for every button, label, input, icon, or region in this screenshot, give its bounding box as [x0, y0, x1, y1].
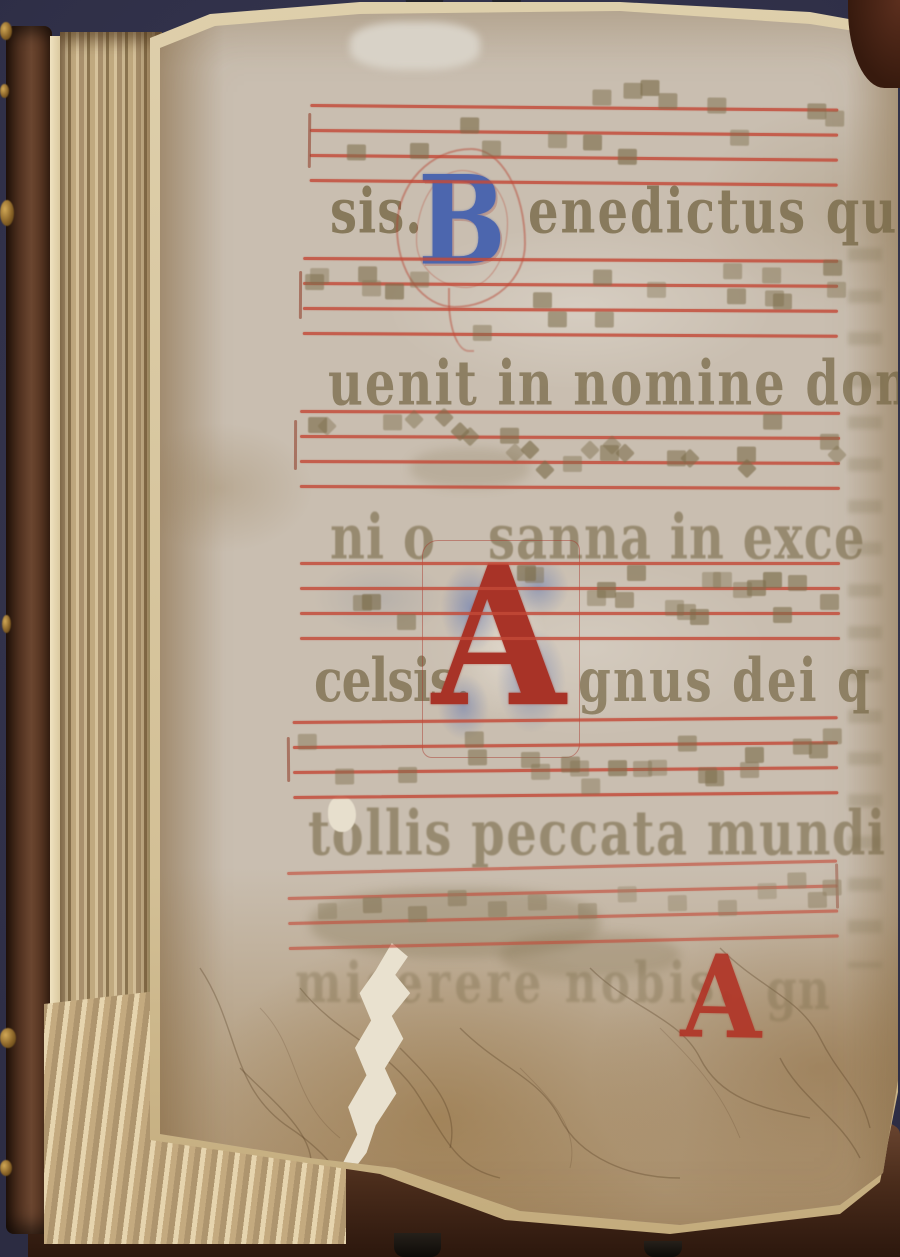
neume — [520, 440, 540, 460]
neume — [335, 768, 354, 784]
red-initial-A: A — [682, 942, 770, 1054]
neume — [482, 141, 501, 157]
staff-line — [303, 257, 838, 262]
neume — [807, 103, 826, 119]
neume — [583, 134, 602, 150]
neume — [397, 614, 416, 630]
staff-end-tick — [308, 113, 311, 168]
chant-line6: miserere nobis. — [295, 951, 738, 1016]
staff-4 — [300, 562, 840, 642]
staff-line — [300, 485, 840, 489]
neume — [809, 742, 828, 758]
neume — [640, 80, 659, 96]
neume — [740, 762, 759, 778]
neume — [398, 767, 417, 783]
neume — [723, 263, 742, 279]
staff-line — [300, 410, 840, 414]
neume — [488, 901, 507, 917]
staff-5 — [293, 716, 839, 801]
neume — [730, 130, 749, 146]
staff-end-tick — [287, 737, 290, 782]
neume — [531, 764, 550, 780]
neume — [465, 731, 484, 747]
neume — [548, 311, 567, 327]
neume — [773, 607, 792, 623]
ink-flake-loss — [328, 796, 356, 832]
neume — [825, 110, 844, 126]
staff-line — [310, 104, 838, 111]
neume — [410, 143, 429, 159]
clasp-fitting — [0, 1028, 16, 1048]
staff-line — [300, 562, 840, 565]
neume — [500, 428, 519, 444]
neume — [310, 268, 329, 284]
neume — [362, 280, 381, 296]
neume — [548, 132, 567, 148]
neume — [757, 883, 776, 899]
neume — [593, 270, 612, 286]
neume — [727, 288, 746, 304]
neume — [718, 900, 737, 916]
staff-3 — [300, 410, 840, 492]
neume — [385, 283, 404, 299]
staff-line — [303, 332, 838, 337]
neume — [410, 272, 429, 288]
neume — [362, 594, 381, 610]
neume — [505, 443, 525, 463]
neume — [763, 414, 782, 430]
neume — [608, 760, 627, 776]
clasp-fitting — [2, 615, 11, 633]
parchment-light-patch — [350, 22, 480, 70]
neume — [763, 572, 782, 588]
neume — [597, 582, 616, 598]
manuscript-page: sis. enedictus qui uenit in nomine domi … — [160, 8, 898, 1235]
staff-line — [300, 612, 840, 615]
neume — [773, 293, 792, 309]
clasp-fitting — [0, 1160, 12, 1176]
clasp-fitting — [0, 200, 14, 226]
staff-end-tick — [299, 271, 302, 319]
neume — [615, 592, 634, 608]
chant-line6-post: gn — [766, 958, 831, 1023]
neume — [595, 312, 614, 328]
chant-line4-post: gnus dei q — [578, 646, 872, 716]
binding-foot — [394, 1233, 441, 1257]
neume — [580, 440, 600, 460]
neume — [762, 267, 781, 283]
staff-1 — [310, 104, 839, 189]
chant-line5: tollis peccata mundi — [308, 798, 887, 870]
neume — [787, 872, 806, 888]
neume — [788, 575, 807, 591]
neume — [820, 594, 839, 610]
neume — [668, 895, 687, 911]
neume — [592, 89, 611, 105]
neume — [468, 749, 487, 765]
neume — [627, 565, 646, 581]
neume — [690, 609, 709, 625]
staff-line — [300, 435, 840, 439]
neume — [570, 760, 589, 776]
clasp-fitting — [0, 22, 12, 40]
neume — [618, 886, 637, 902]
neume — [408, 906, 427, 922]
neume — [647, 282, 666, 298]
staff-end-tick — [294, 420, 297, 470]
neume — [745, 747, 764, 763]
neume — [823, 728, 842, 744]
neume — [298, 734, 317, 750]
neume — [707, 97, 726, 113]
manuscript-photo: sis. enedictus qui uenit in nomine domi … — [0, 0, 900, 1257]
neume — [383, 414, 402, 430]
neume — [678, 735, 697, 751]
neume — [533, 292, 552, 308]
neume — [473, 325, 492, 341]
neume — [525, 567, 544, 583]
neume — [578, 903, 597, 919]
staff-line — [303, 282, 838, 287]
neume — [581, 778, 600, 794]
binding-foot — [644, 1241, 682, 1257]
neume — [705, 770, 724, 786]
neume — [713, 572, 732, 588]
neume — [363, 897, 382, 913]
neume — [347, 144, 366, 160]
neume — [827, 282, 846, 298]
neume — [618, 149, 637, 165]
neume — [528, 894, 547, 910]
staff-line — [310, 129, 838, 136]
neume — [658, 93, 677, 109]
neume — [448, 890, 467, 906]
neume — [822, 879, 841, 895]
staff-line — [310, 154, 838, 161]
neume — [318, 903, 337, 919]
neume — [460, 117, 479, 133]
neume — [823, 260, 842, 276]
staff-2 — [303, 257, 838, 340]
staff-line — [303, 307, 838, 312]
staff-6 — [287, 860, 839, 952]
neume — [648, 760, 667, 776]
neume — [563, 456, 582, 472]
initial-letter-A: A — [680, 934, 763, 1061]
clasp-fitting — [0, 84, 9, 98]
staff-line — [300, 637, 840, 640]
